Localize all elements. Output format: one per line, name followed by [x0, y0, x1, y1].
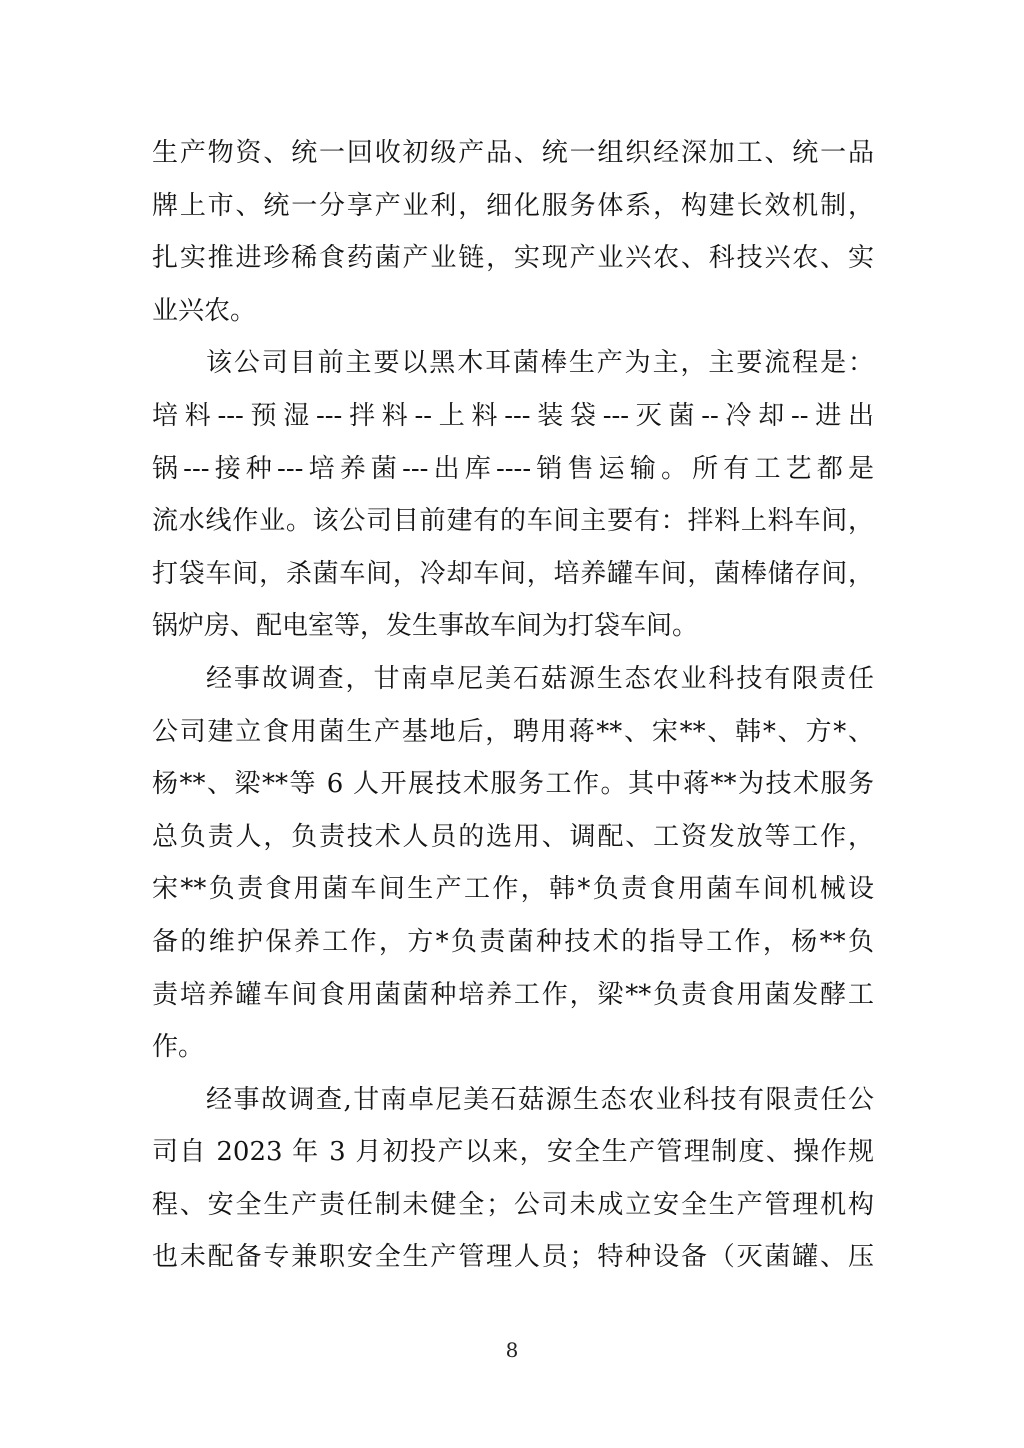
- text-line: 打袋车间，杀菌车间，冷却车间，培养罐车间，菌棒储存间，: [152, 548, 874, 601]
- text-line: 总负责人，负责技术人员的选用、调配、工资发放等工作，: [152, 811, 874, 864]
- text-line: 作。: [152, 1021, 874, 1074]
- text-line: 培料---预湿---拌料--上料---装袋---灭菌--冷却--进出: [152, 390, 874, 443]
- text-line: 锅---接种---培养菌---出库----销售运输。所有工艺都是: [152, 443, 874, 496]
- text-line: 程、安全生产责任制未健全；公司未成立安全生产管理机构: [152, 1179, 874, 1232]
- text-line: 司自 2023 年 3 月初投产以来，安全生产管理制度、操作规: [152, 1126, 874, 1179]
- text-line: 流水线作业。该公司目前建有的车间主要有：拌料上料车间，: [152, 495, 874, 548]
- page-footer: 8: [0, 1338, 1024, 1362]
- paragraph-investigation-management: 经事故调查,甘南卓尼美石菇源生态农业科技有限责任公 司自 2023 年 3 月初…: [152, 1074, 874, 1284]
- text-line: 杨**、梁**等 6 人开展技术服务工作。其中蒋**为技术服务: [152, 758, 874, 811]
- paragraph-investigation-staff: 经事故调查，甘南卓尼美石菇源生态农业科技有限责任 公司建立食用菌生产基地后，聘用…: [152, 653, 874, 1074]
- text-line: 备的维护保养工作，方*负责菌种技术的指导工作，杨**负: [152, 916, 874, 969]
- text-line: 牌上市、统一分享产业利，细化服务体系，构建长效机制，: [152, 180, 874, 233]
- text-line: 公司建立食用菌生产基地后，聘用蒋**、宋**、韩*、方*、: [152, 706, 874, 759]
- paragraph-production-process: 该公司目前主要以黑木耳菌棒生产为主，主要流程是： 培料---预湿---拌料--上…: [152, 337, 874, 653]
- text-line: 该公司目前主要以黑木耳菌棒生产为主，主要流程是：: [152, 337, 874, 390]
- text-line: 责培养罐车间食用菌菌种培养工作，梁**负责食用菌发酵工: [152, 969, 874, 1022]
- text-line: 业兴农。: [152, 285, 874, 338]
- document-page: 生产物资、统一回收初级产品、统一组织经深加工、统一品 牌上市、统一分享产业利，细…: [0, 0, 1024, 1448]
- text-line: 生产物资、统一回收初级产品、统一组织经深加工、统一品: [152, 127, 874, 180]
- page-number: 8: [506, 1338, 519, 1362]
- text-line: 也未配备专兼职安全生产管理人员；特种设备（灭菌罐、压: [152, 1231, 874, 1284]
- text-line: 经事故调查,甘南卓尼美石菇源生态农业科技有限责任公: [152, 1074, 874, 1127]
- document-body: 生产物资、统一回收初级产品、统一组织经深加工、统一品 牌上市、统一分享产业利，细…: [152, 127, 874, 1284]
- paragraph-continuation: 生产物资、统一回收初级产品、统一组织经深加工、统一品 牌上市、统一分享产业利，细…: [152, 127, 874, 337]
- text-line: 扎实推进珍稀食药菌产业链，实现产业兴农、科技兴农、实: [152, 232, 874, 285]
- text-line: 经事故调查，甘南卓尼美石菇源生态农业科技有限责任: [152, 653, 874, 706]
- text-line: 锅炉房、配电室等，发生事故车间为打袋车间。: [152, 600, 874, 653]
- text-line: 宋**负责食用菌车间生产工作，韩*负责食用菌车间机械设: [152, 863, 874, 916]
